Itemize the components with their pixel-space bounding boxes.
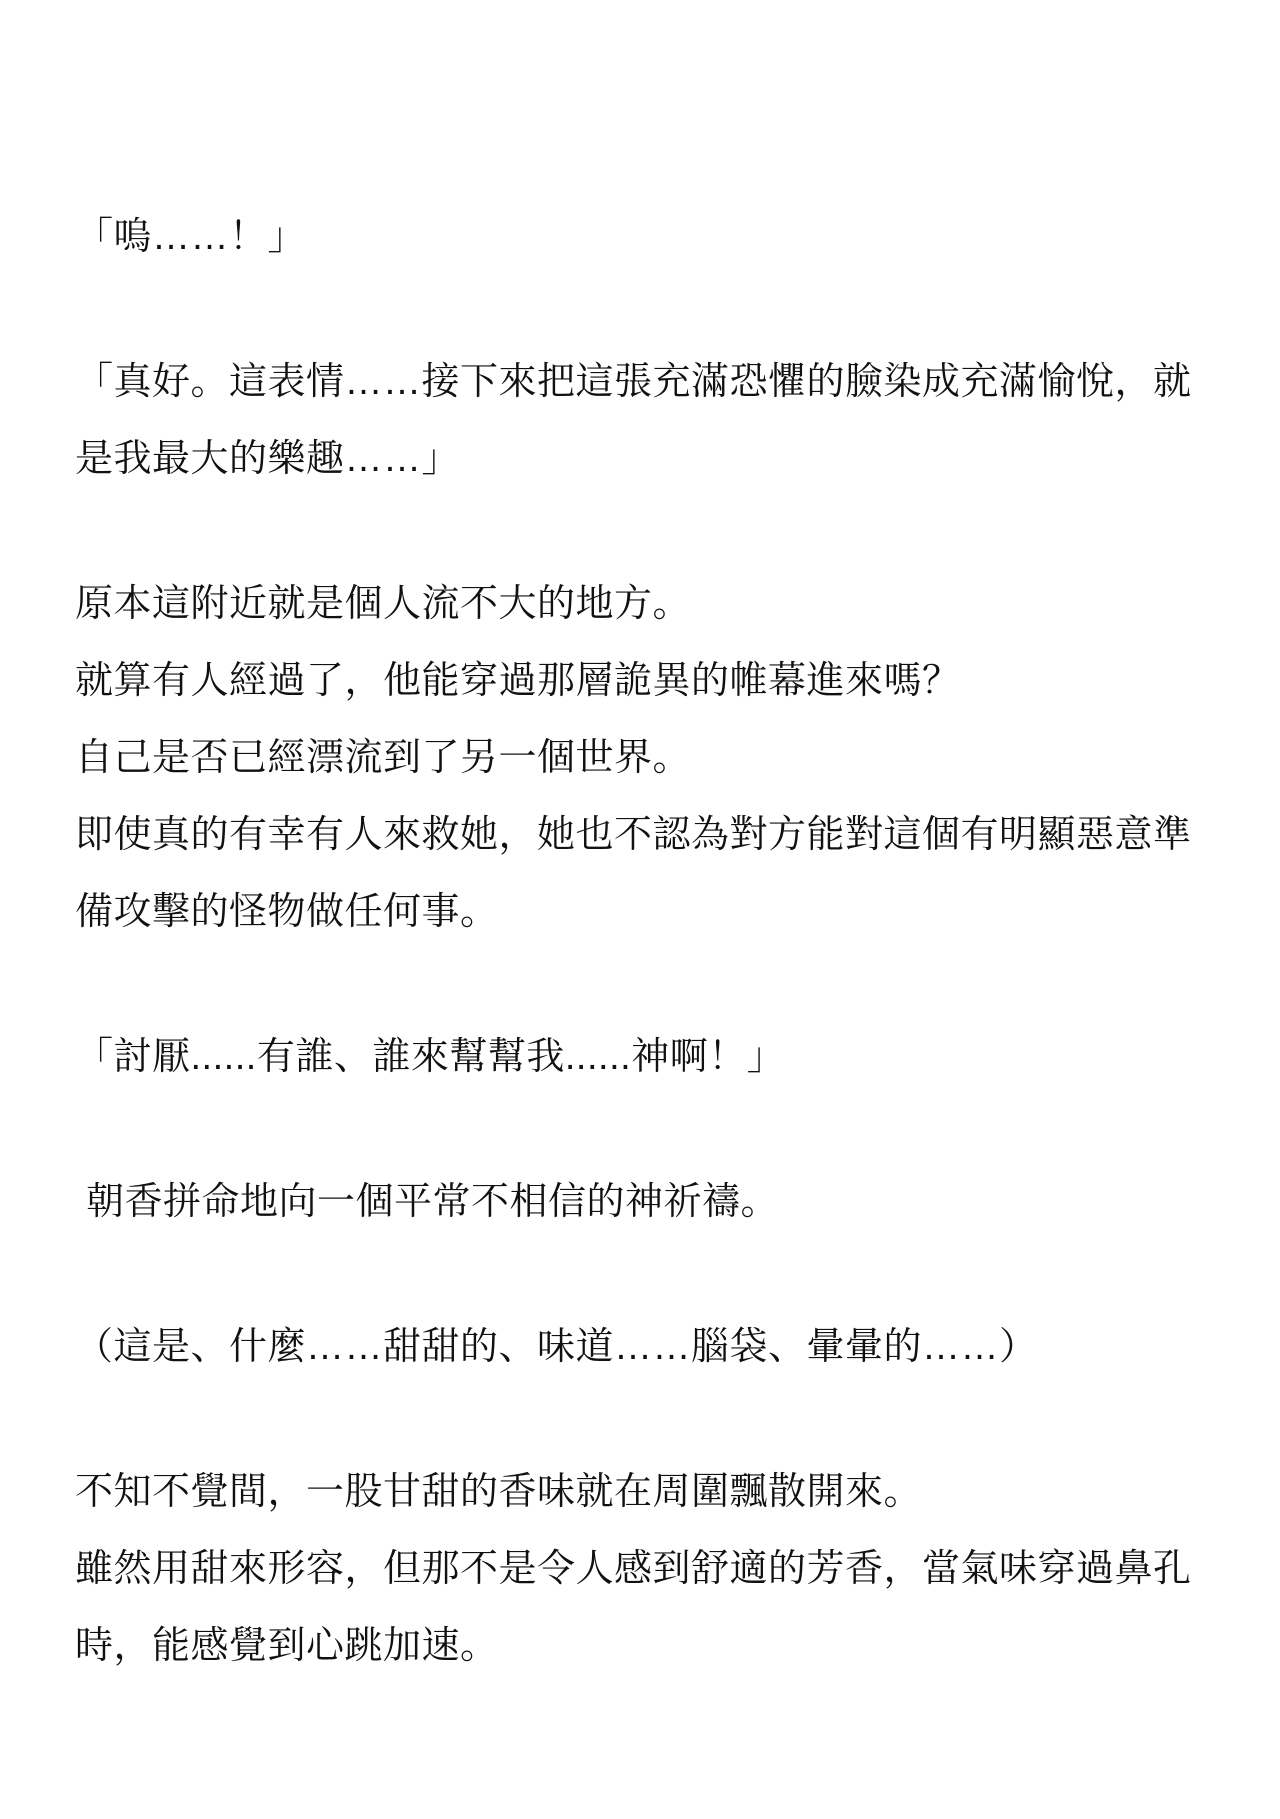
text-line: 「討厭......有誰、誰來幫幫我......神啊！」	[75, 1019, 1215, 1096]
text-line: 備攻擊的怪物做任何事。	[75, 874, 1215, 951]
narration-paragraph: 原本這附近就是個人流不大的地方。 就算有人經過了，他能穿過那層詭異的帷幕進來嗎？…	[75, 566, 1215, 951]
text-line: 是我最大的樂趣……」	[75, 421, 1215, 498]
thought-paragraph: （這是、什麼……甜甜的、味道……腦袋、暈暈的……）	[75, 1309, 1215, 1386]
novel-text-page: 「嗚……！」 「真好。這表情……接下來把這張充滿恐懼的臉染成充滿愉悅，就 是我最…	[0, 0, 1280, 1819]
text-line: 即使真的有幸有人來救她，她也不認為對方能對這個有明顯惡意準	[75, 797, 1215, 874]
text-line: 自己是否已經漂流到了另一個世界。	[75, 720, 1215, 797]
text-line: 不知不覺間，一股甘甜的香味就在周圍飄散開來。	[75, 1454, 1215, 1531]
text-line: 時，能感覺到心跳加速。	[75, 1608, 1215, 1685]
text-line: 「嗚……！」	[75, 199, 1215, 276]
text-line: 原本這附近就是個人流不大的地方。	[75, 566, 1215, 643]
text-line: 就算有人經過了，他能穿過那層詭異的帷幕進來嗎？	[75, 643, 1215, 720]
text-line: 「真好。這表情……接下來把這張充滿恐懼的臉染成充滿愉悅，就	[75, 344, 1215, 421]
dialogue-paragraph: 「嗚……！」	[75, 199, 1215, 276]
narration-paragraph: 不知不覺間，一股甘甜的香味就在周圍飄散開來。 雖然用甜來形容，但那不是令人感到舒…	[75, 1454, 1215, 1685]
text-line: 朝香拼命地向一個平常不相信的神祈禱。	[75, 1164, 1215, 1241]
text-line: （這是、什麼……甜甜的、味道……腦袋、暈暈的……）	[75, 1309, 1215, 1386]
narration-paragraph: 朝香拼命地向一個平常不相信的神祈禱。	[75, 1164, 1215, 1241]
dialogue-paragraph: 「討厭......有誰、誰來幫幫我......神啊！」	[75, 1019, 1215, 1096]
text-line: 雖然用甜來形容，但那不是令人感到舒適的芳香，當氣味穿過鼻孔	[75, 1531, 1215, 1608]
dialogue-paragraph: 「真好。這表情……接下來把這張充滿恐懼的臉染成充滿愉悅，就 是我最大的樂趣……」	[75, 344, 1215, 498]
